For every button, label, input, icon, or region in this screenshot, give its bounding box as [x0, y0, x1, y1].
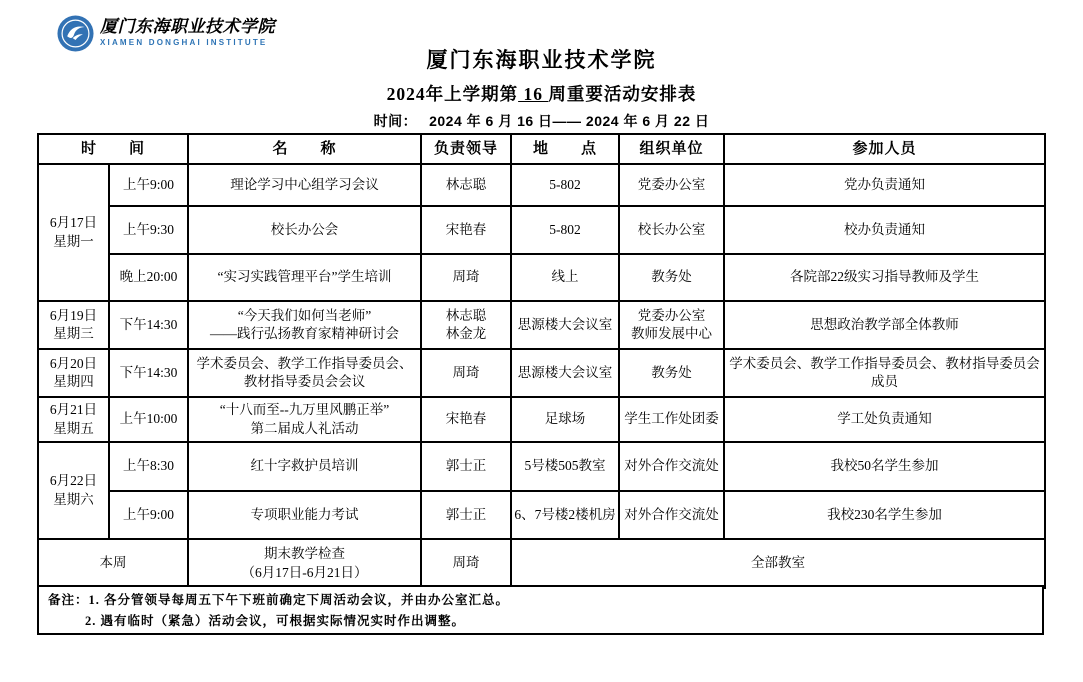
subtitle-prefix: 2024年上学期第 — [387, 84, 519, 104]
activity-name-cell: “十八而至--九万里风鹏正举” 第二届成人礼活动 — [188, 397, 421, 442]
date-cell: 6月21日 星期五 — [38, 397, 109, 442]
place-cell: 5-802 — [511, 164, 619, 206]
time-cell: 上午9:00 — [109, 491, 188, 539]
date-cell: 6月20日 星期四 — [38, 349, 109, 397]
note-line-1: 备注：1. 各分管领导每周五下午下班前确定下周活动会议，并由办公室汇总。 — [39, 587, 1042, 607]
activity-name-cell: 红十字救护员培训 — [188, 442, 421, 491]
activity-name-cell: 理论学习中心组学习会议 — [188, 164, 421, 206]
col-header-leader: 负责领导 — [421, 134, 511, 164]
time-label: 时间： — [374, 113, 418, 129]
org-cell: 学生工作处团委 — [619, 397, 724, 442]
col-header-place: 地 点 — [511, 134, 619, 164]
leader-cell: 林志聪 林金龙 — [421, 301, 511, 349]
header-row: 时 间 名 称 负责领导 地 点 组织单位 参加人员 — [38, 134, 1045, 164]
page-title: 厦门东海职业技术学院 — [0, 50, 1083, 71]
leader-cell: 周琦 — [421, 254, 511, 301]
table-row: 晚上20:00 “实习实践管理平台”学生培训 周琦 线上 教务处 各院部22级实… — [38, 254, 1045, 301]
org-cell: 党委办公室 教师发展中心 — [619, 301, 724, 349]
week-label-cell: 本周 — [38, 539, 188, 588]
participants-cell: 校办负责通知 — [724, 206, 1045, 254]
org-cell: 对外合作交流处 — [619, 442, 724, 491]
place-cell: 5-802 — [511, 206, 619, 254]
leader-cell: 郭士正 — [421, 442, 511, 491]
school-name-cn: 厦门东海职业技术学院 — [100, 18, 275, 36]
week-summary-row: 本周 期末教学检查 （6月17日-6月21日） 周琦 全部教室 — [38, 539, 1045, 588]
time-cell: 晚上20:00 — [109, 254, 188, 301]
leader-cell: 林志聪 — [421, 164, 511, 206]
org-cell: 对外合作交流处 — [619, 491, 724, 539]
org-cell: 党委办公室 — [619, 164, 724, 206]
activity-name-cell: “今天我们如何当老师” ——践行弘扬教育家精神研讨会 — [188, 301, 421, 349]
col-header-org: 组织单位 — [619, 134, 724, 164]
document-page: 厦门东海职业技术学院 XIAMEN DONGHAI INSTITUTE 厦门东海… — [0, 0, 1083, 682]
leader-cell: 周琦 — [421, 539, 511, 588]
time-cell: 下午14:30 — [109, 349, 188, 397]
org-cell: 教务处 — [619, 349, 724, 397]
date-range-line: 时间：2024 年 6 月 16 日—— 2024 年 6 月 22 日 — [0, 114, 1083, 128]
date-cell: 6月17日 星期一 — [38, 164, 109, 301]
schedule-table: 时 间 名 称 负责领导 地 点 组织单位 参加人员 6月17日 星期一 上午9… — [37, 133, 1046, 589]
time-value: 2024 年 6 月 16 日—— 2024 年 6 月 22 日 — [429, 113, 709, 129]
table-row: 6月22日 星期六 上午8:30 红十字救护员培训 郭士正 5号楼505教室 对… — [38, 442, 1045, 491]
participants-cell: 学术委员会、教学工作指导委员会、教材指导委员会成员 — [724, 349, 1045, 397]
date-cell: 6月19日 星期三 — [38, 301, 109, 349]
participants-cell: 各院部22级实习指导教师及学生 — [724, 254, 1045, 301]
place-cell: 全部教室 — [511, 539, 1045, 588]
date-cell: 6月22日 星期六 — [38, 442, 109, 539]
participants-cell: 我校50名学生参加 — [724, 442, 1045, 491]
participants-cell: 思想政治教学部全体教师 — [724, 301, 1045, 349]
place-cell: 线上 — [511, 254, 619, 301]
table-row: 上午9:30 校长办公会 宋艳春 5-802 校长办公室 校办负责通知 — [38, 206, 1045, 254]
school-emblem-icon — [57, 15, 94, 52]
place-cell: 思源楼大会议室 — [511, 301, 619, 349]
time-cell: 下午14:30 — [109, 301, 188, 349]
participants-cell: 党办负责通知 — [724, 164, 1045, 206]
table-row: 上午9:00 专项职业能力考试 郭士正 6、7号楼2楼机房 对外合作交流处 我校… — [38, 491, 1045, 539]
table-row: 6月19日 星期三 下午14:30 “今天我们如何当老师” ——践行弘扬教育家精… — [38, 301, 1045, 349]
place-cell: 思源楼大会议室 — [511, 349, 619, 397]
school-logo: 厦门东海职业技术学院 XIAMEN DONGHAI INSTITUTE — [57, 15, 275, 52]
time-cell: 上午10:00 — [109, 397, 188, 442]
table-row: 6月20日 星期四 下午14:30 学术委员会、教学工作指导委员会、 教材指导委… — [38, 349, 1045, 397]
activity-name-cell: 学术委员会、教学工作指导委员会、 教材指导委员会会议 — [188, 349, 421, 397]
place-cell: 足球场 — [511, 397, 619, 442]
org-cell: 校长办公室 — [619, 206, 724, 254]
table-row: 6月21日 星期五 上午10:00 “十八而至--九万里风鹏正举” 第二届成人礼… — [38, 397, 1045, 442]
col-header-participants: 参加人员 — [724, 134, 1045, 164]
activity-name-cell: 期末教学检查 （6月17日-6月21日） — [188, 539, 421, 588]
col-header-time: 时 间 — [38, 134, 188, 164]
time-cell: 上午9:00 — [109, 164, 188, 206]
leader-cell: 周琦 — [421, 349, 511, 397]
page-subtitle: 2024年上学期第 16 周重要活动安排表 — [0, 86, 1083, 104]
participants-cell: 我校230名学生参加 — [724, 491, 1045, 539]
table-row: 6月17日 星期一 上午9:00 理论学习中心组学习会议 林志聪 5-802 党… — [38, 164, 1045, 206]
school-name-en: XIAMEN DONGHAI INSTITUTE — [100, 38, 275, 47]
heading-block: 厦门东海职业技术学院 2024年上学期第 16 周重要活动安排表 时间：2024… — [0, 50, 1083, 128]
note-line-2: 2. 遇有临时（紧急）活动会议，可根据实际情况实时作出调整。 — [39, 607, 1042, 628]
time-cell: 上午9:30 — [109, 206, 188, 254]
activity-name-cell: “实习实践管理平台”学生培训 — [188, 254, 421, 301]
leader-cell: 宋艳春 — [421, 397, 511, 442]
place-cell: 6、7号楼2楼机房 — [511, 491, 619, 539]
activity-name-cell: 专项职业能力考试 — [188, 491, 421, 539]
leader-cell: 宋艳春 — [421, 206, 511, 254]
org-cell: 教务处 — [619, 254, 724, 301]
place-cell: 5号楼505教室 — [511, 442, 619, 491]
week-number: 16 — [518, 84, 548, 104]
leader-cell: 郭士正 — [421, 491, 511, 539]
col-header-name: 名 称 — [188, 134, 421, 164]
notes-box: 备注：1. 各分管领导每周五下午下班前确定下周活动会议，并由办公室汇总。 2. … — [37, 585, 1044, 635]
school-logo-text: 厦门东海职业技术学院 XIAMEN DONGHAI INSTITUTE — [100, 15, 275, 47]
subtitle-suffix: 周重要活动安排表 — [548, 84, 696, 104]
activity-name-cell: 校长办公会 — [188, 206, 421, 254]
participants-cell: 学工处负责通知 — [724, 397, 1045, 442]
time-cell: 上午8:30 — [109, 442, 188, 491]
